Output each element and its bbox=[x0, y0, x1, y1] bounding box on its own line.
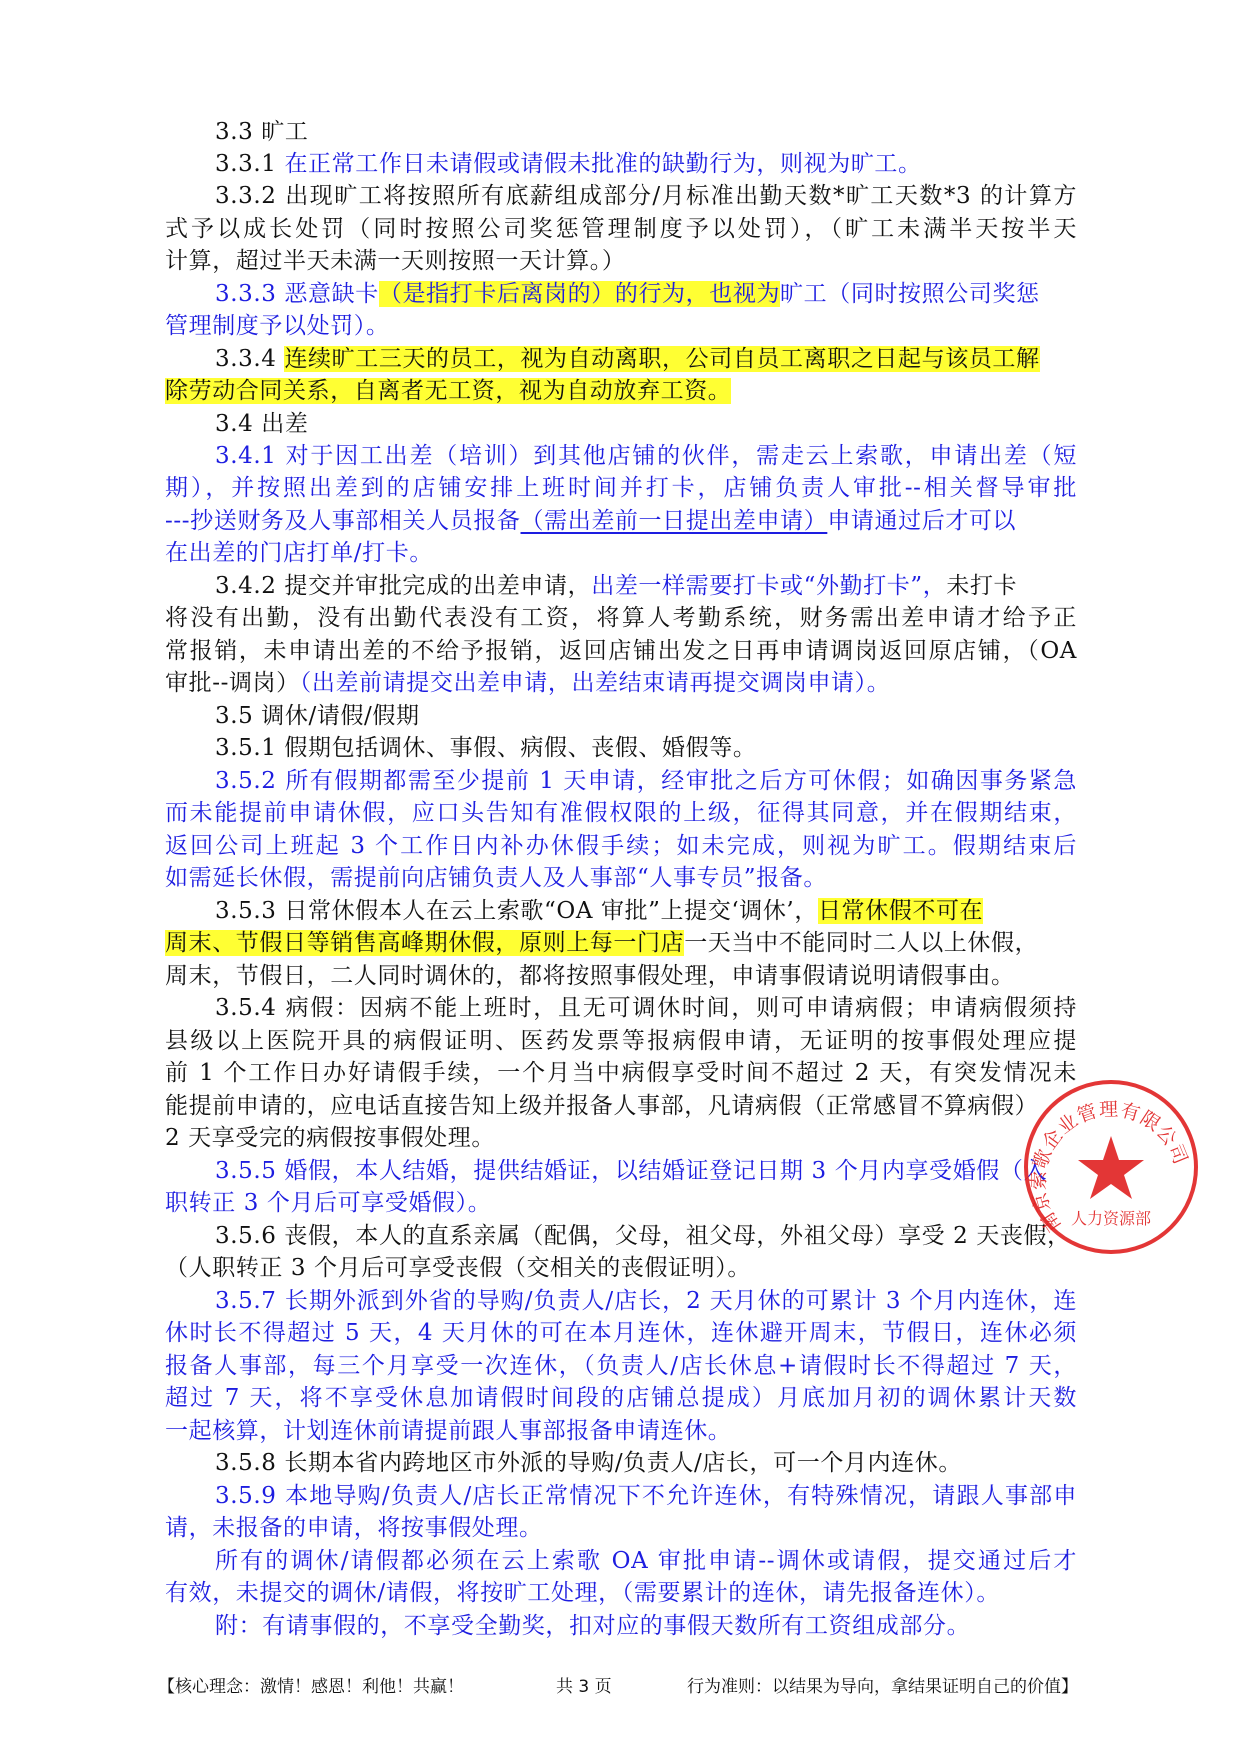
text-segment: 县级以上医院开具的病假证明、医药发票等报病假申请，无证明的按事假处理应提 bbox=[165, 1028, 1077, 1054]
clause-3-5-4-cont: 前 1 个工作日办好请假手续，一个月当中病假享受时间不超过 2 天，有突发情况未 bbox=[165, 1057, 1077, 1089]
clause-3-3-2-cont: 式予以成长处罚（同时按照公司奖惩管理制度予以处罚），（旷工未满半天按半天 bbox=[165, 213, 1077, 245]
text-segment: 3.4.2 提交并审批完成的出差申请， bbox=[215, 573, 591, 599]
seal-icon: 南京索歌企业管理有限公司 人力资源部 bbox=[1022, 1078, 1200, 1256]
star-icon bbox=[1078, 1136, 1144, 1199]
clause-3-3-3: 3.3.3 恶意缺卡（是指打卡后离岗的）的行为，也视为旷工（同时按照公司奖惩 bbox=[215, 278, 1077, 310]
text-segment: 出差一样需要打卡或“外勤打卡”， bbox=[591, 573, 946, 599]
clause-3-5-9: 3.5.9 本地导购/负责人/店长正常情况下不允许连休，有特殊情况，请跟人事部申 bbox=[215, 1480, 1077, 1512]
clause-3-5-9-cont: 请，未报备的申请，将按事假处理。 bbox=[165, 1512, 1077, 1544]
footer-code-of-conduct: 行为准则：以结果为导向，拿结果证明自己的价值】 bbox=[687, 1672, 1078, 1702]
text-segment: 3.5.8 长期本省内跨地区市外派的导购/负责人/店长，可一个月内连休。 bbox=[215, 1450, 962, 1476]
text-segment: 3.5 调休/请假/假期 bbox=[215, 703, 420, 729]
clause-3-4-1-cont: 期），并按照出差到的店铺安排上班时间并打卡，店铺负责人审批--相关督导审批 bbox=[165, 472, 1077, 504]
text-segment: 有效，未提交的调休/请假，将按旷工处理，（需要累计的连休，请先报备连休）。 bbox=[165, 1580, 1000, 1606]
clause-3-5-4-cont: 县级以上医院开具的病假证明、医药发票等报病假申请，无证明的按事假处理应提 bbox=[165, 1025, 1077, 1057]
text-segment: 3.5.1 假期包括调休、事假、病假、丧假、婚假等。 bbox=[215, 735, 756, 761]
clause-3-5-3-cont: 周末、节假日等销售高峰期休假，原则上每一门店一天当中不能同时二人以上休假， bbox=[165, 927, 1077, 959]
clause-3-5-1: 3.5.1 假期包括调休、事假、病假、丧假、婚假等。 bbox=[215, 732, 1077, 764]
text-segment: 3.4.1 对于因工出差（培训）到其他店铺的伙伴，需走云上索歌，申请出差（短 bbox=[215, 443, 1077, 469]
clause-3-5-2-cont: 返回公司上班起 3 个工作日内补办休假手续；如未完成，则视为旷工。假期结束后 bbox=[165, 830, 1077, 862]
page-footer: 【核心理念：激情！感恩！利他！共赢！ 共 3 页 行为准则：以结果为导向，拿结果… bbox=[158, 1672, 1078, 1702]
highlighted-text: 连续旷工三天的员工，视为自动离职，公司自员工离职之日起与该员工解 bbox=[284, 346, 1039, 372]
clause-3-3-1: 3.3.1 在正常工作日未请假或请假未批准的缺勤行为，则视为旷工。 bbox=[215, 148, 1077, 180]
clause-3-5-7-cont: 一起核算，计划连休前请提前跟人事部报备申请连休。 bbox=[165, 1415, 1077, 1447]
clause-3-5-3-cont: 周末，节假日，二人同时调休的，都将按照事假处理，申请事假请说明请假事由。 bbox=[165, 960, 1077, 992]
highlighted-text: （是指打卡后离岗的）的行为，也视为 bbox=[379, 281, 780, 307]
text-segment: ---抄送财务及人事部相关人员报备 bbox=[165, 508, 521, 534]
clause-all-leave-cont: 有效，未提交的调休/请假，将按旷工处理，（需要累计的连休，请先报备连休）。 bbox=[165, 1577, 1077, 1609]
text-segment: 一天当中不能同时二人以上休假， bbox=[684, 930, 1038, 956]
clause-3-5-7-cont: 休时长不得超过 5 天，4 天月休的可在本月连休，连休避开周末，节假日，连休必须 bbox=[165, 1317, 1077, 1349]
text-segment: 未打卡 bbox=[946, 573, 1017, 599]
clause-appendix: 附：有请事假的，不享受全勤奖，扣对应的事假天数所有工资组成部分。 bbox=[215, 1610, 1077, 1642]
company-seal-stamp: 南京索歌企业管理有限公司 人力资源部 bbox=[1022, 1078, 1200, 1256]
text-segment: 2 天享受完的病假按事假处理。 bbox=[165, 1125, 495, 1151]
text-segment: 如需延长休假，需提前向店铺负责人及人事部“人事专员”报备。 bbox=[165, 865, 827, 891]
clause-3-4-2: 3.4.2 提交并审批完成的出差申请，出差一样需要打卡或“外勤打卡”，未打卡 bbox=[215, 570, 1077, 602]
text-segment: 旷工（同时按照公司奖惩 bbox=[780, 281, 1040, 307]
clause-3-5-7: 3.5.7 长期外派到外省的导购/负责人/店长，2 天月休的可累计 3 个月内连… bbox=[215, 1285, 1077, 1317]
footer-page-count: 共 3 页 bbox=[556, 1672, 612, 1702]
clause-3-3-2: 3.3.2 出现旷工将按照所有底薪组成部分/月标准出勤天数*旷工天数*3 的计算… bbox=[215, 180, 1077, 212]
clause-3-4-1-cont: ---抄送财务及人事部相关人员报备（需出差前一日提出差申请）申请通过后才可以 bbox=[165, 505, 1077, 537]
highlighted-text: 周末、节假日等销售高峰期休假，原则上每一门店 bbox=[165, 930, 684, 956]
text-segment: 3.5.5 婚假，本人结婚，提供结婚证，以结婚证登记日期 3 个月内享受婚假（入 bbox=[215, 1158, 1047, 1184]
text-segment: 一起核算，计划连休前请提前跟人事部报备申请连休。 bbox=[165, 1418, 731, 1444]
clause-3-3-4: 3.3.4 连续旷工三天的员工，视为自动离职，公司自员工离职之日起与该员工解 bbox=[215, 343, 1077, 375]
clause-3-5-7-cont: 超过 7 天，将不享受休息加请假时间段的店铺总提成）月底加月初的调休累计天数 bbox=[165, 1382, 1077, 1414]
text-segment: 超过 7 天，将不享受休息加请假时间段的店铺总提成）月底加月初的调休累计天数 bbox=[165, 1385, 1077, 1411]
text-segment: 周末，节假日，二人同时调休的，都将按照事假处理，申请事假请说明请假事由。 bbox=[165, 963, 1015, 989]
text-segment: 返回公司上班起 3 个工作日内补办休假手续；如未完成，则视为旷工。假期结束后 bbox=[165, 833, 1077, 859]
clause-3-5-2-cont: 如需延长休假，需提前向店铺负责人及人事部“人事专员”报备。 bbox=[165, 862, 1077, 894]
text-segment: 在出差的门店打单/打卡。 bbox=[165, 540, 433, 566]
text-segment: 报备人事部，每三个月享受一次连休，（负责人/店长休息+请假时长不得超过 7 天， bbox=[165, 1353, 1077, 1379]
heading-3-3: 3.3 旷工 bbox=[215, 116, 1077, 148]
text-segment: 休时长不得超过 5 天，4 天月休的可在本月连休，连休避开周末，节假日，连休必须 bbox=[165, 1320, 1077, 1346]
text-segment: 前 1 个工作日办好请假手续，一个月当中病假享受时间不超过 2 天，有突发情况未 bbox=[165, 1060, 1077, 1086]
text-segment: 3.3.4 bbox=[215, 346, 284, 372]
underlined-text: （需出差前一日提出差申请） bbox=[521, 508, 828, 534]
text-segment: 而未能提前申请休假，应口头告知有准假权限的上级，征得其同意，并在假期结束， bbox=[165, 800, 1077, 826]
text-segment: 3.5.2 所有假期都需至少提前 1 天申请，经审批之后方可休假；如确因事务紧急 bbox=[215, 768, 1077, 794]
clause-3-3-2-cont: 计算，超过半天未满一天则按照一天计算。） bbox=[165, 245, 1077, 277]
text-segment: 附：有请事假的，不享受全勤奖，扣对应的事假天数所有工资组成部分。 bbox=[215, 1613, 970, 1639]
clause-3-5-4-cont: 2 天享受完的病假按事假处理。 bbox=[165, 1122, 1077, 1154]
document-page: 3.3 旷工 3.3.1 在正常工作日未请假或请假未批准的缺勤行为，则视为旷工。… bbox=[0, 0, 1240, 1753]
clause-3-5-5-cont: 职转正 3 个月后可享受婚假）。 bbox=[165, 1187, 1077, 1219]
svg-text:人力资源部: 人力资源部 bbox=[1071, 1209, 1151, 1228]
clause-3-5-4: 3.5.4 病假：因病不能上班时，且无可调休时间，则可申请病假；申请病假须持 bbox=[215, 992, 1077, 1024]
text-segment: 计算，超过半天未满一天则按照一天计算。） bbox=[165, 248, 626, 274]
text-segment: 职转正 3 个月后可享受婚假）。 bbox=[165, 1190, 491, 1216]
text-segment: 3.5.7 长期外派到外省的导购/负责人/店长，2 天月休的可累计 3 个月内连… bbox=[215, 1288, 1077, 1314]
heading-3-4: 3.4 出差 bbox=[215, 408, 1077, 440]
text-segment: 将没有出勤，没有出勤代表没有工资，将算人考勤系统，财务需出差申请才给予正 bbox=[165, 605, 1077, 631]
clause-3-5-6: 3.5.6 丧假，本人的直系亲属（配偶，父母，祖父母，外祖父母）享受 2 天丧假… bbox=[215, 1220, 1077, 1252]
clause-3-5-7-cont: 报备人事部，每三个月享受一次连休，（负责人/店长休息+请假时长不得超过 7 天， bbox=[165, 1350, 1077, 1382]
text-segment: （人职转正 3 个月后可享受丧假（交相关的丧假证明）。 bbox=[165, 1255, 751, 1281]
text-segment: 3.4 出差 bbox=[215, 411, 309, 437]
clause-3-5-5: 3.5.5 婚假，本人结婚，提供结婚证，以结婚证登记日期 3 个月内享受婚假（入 bbox=[215, 1155, 1077, 1187]
footer-core-philosophy: 【核心理念：激情！感恩！利他！共赢！ bbox=[158, 1672, 464, 1702]
text-segment: 3.3.1 bbox=[215, 151, 284, 177]
clause-3-5-4-cont: 能提前申请的，应电话直接告知上级并报备人事部，凡请病假（正常感冒不算病假） bbox=[165, 1090, 1077, 1122]
highlighted-text: 除劳动合同关系，自离者无工资，视为自动放弃工资。 bbox=[165, 378, 731, 404]
highlighted-text: 日常休假不可在 bbox=[818, 898, 983, 924]
text-segment: 3.3.2 出现旷工将按照所有底薪组成部分/月标准出勤天数*旷工天数*3 的计算… bbox=[215, 183, 1077, 209]
text-segment: 3.3.3 恶意缺卡 bbox=[215, 281, 379, 307]
text-segment: 3.5.4 病假：因病不能上班时，且无可调休时间，则可申请病假；申请病假须持 bbox=[215, 995, 1077, 1021]
text-segment: 期），并按照出差到的店铺安排上班时间并打卡，店铺负责人审批--相关督导审批 bbox=[165, 475, 1077, 501]
text-segment: 能提前申请的，应电话直接告知上级并报备人事部，凡请病假（正常感冒不算病假） bbox=[165, 1093, 1038, 1119]
text-segment: 3.3 旷工 bbox=[215, 119, 309, 145]
clause-3-5-8: 3.5.8 长期本省内跨地区市外派的导购/负责人/店长，可一个月内连休。 bbox=[215, 1447, 1077, 1479]
text-segment: 管理制度予以处罚）。 bbox=[165, 313, 390, 339]
clause-3-4-1: 3.4.1 对于因工出差（培训）到其他店铺的伙伴，需走云上索歌，申请出差（短 bbox=[215, 440, 1077, 472]
clause-3-5-3: 3.5.3 日常休假本人在云上索歌“OA 审批”上提交‘调休’，日常休假不可在 bbox=[215, 895, 1077, 927]
text-segment: 3.5.3 日常休假本人在云上索歌“OA 审批”上提交‘调休’， bbox=[215, 898, 818, 924]
clause-3-3-3-cont: 管理制度予以处罚）。 bbox=[165, 310, 1077, 342]
clause-3-4-2-cont: 常报销，未申请出差的不给予报销，返回店铺出发之日再申请调岗返回原店铺，（OA bbox=[165, 635, 1077, 667]
clause-3-4-2-cont: 将没有出勤，没有出勤代表没有工资，将算人考勤系统，财务需出差申请才给予正 bbox=[165, 602, 1077, 634]
clause-3-5-2: 3.5.2 所有假期都需至少提前 1 天申请，经审批之后方可休假；如确因事务紧急 bbox=[215, 765, 1077, 797]
text-segment: 申请通过后才可以 bbox=[827, 508, 1016, 534]
text-segment: 3.5.6 丧假，本人的直系亲属（配偶，父母，祖父母，外祖父母）享受 2 天丧假… bbox=[215, 1223, 1071, 1249]
text-segment: 常报销，未申请出差的不给予报销，返回店铺出发之日再申请调岗返回原店铺，（OA bbox=[165, 638, 1077, 664]
text-segment: 在正常工作日未请假或请假未批准的缺勤行为，则视为旷工。 bbox=[284, 151, 921, 177]
text-segment: 审批--调岗） bbox=[165, 670, 300, 696]
clause-all-leave: 所有的调休/请假都必须在云上索歌 OA 审批申请--调休或请假，提交通过后才 bbox=[215, 1545, 1077, 1577]
clause-3-3-4-cont: 除劳动合同关系，自离者无工资，视为自动放弃工资。 bbox=[165, 375, 1077, 407]
heading-3-5: 3.5 调休/请假/假期 bbox=[215, 700, 1077, 732]
clause-3-4-2-cont: 审批--调岗）（出差前请提交出差申请，出差结束请再提交调岗申请）。 bbox=[165, 667, 1077, 699]
text-segment: 所有的调休/请假都必须在云上索歌 OA 审批申请--调休或请假，提交通过后才 bbox=[215, 1548, 1077, 1574]
clause-3-5-2-cont: 而未能提前申请休假，应口头告知有准假权限的上级，征得其同意，并在假期结束， bbox=[165, 797, 1077, 829]
clause-3-5-6-cont: （人职转正 3 个月后可享受丧假（交相关的丧假证明）。 bbox=[165, 1252, 1077, 1284]
text-segment: 请，未报备的申请，将按事假处理。 bbox=[165, 1515, 543, 1541]
text-segment: （出差前请提交出差申请，出差结束请再提交调岗申请）。 bbox=[300, 670, 891, 696]
text-segment: 式予以成长处罚（同时按照公司奖惩管理制度予以处罚），（旷工未满半天按半天 bbox=[165, 216, 1077, 242]
clause-3-4-1-cont: 在出差的门店打单/打卡。 bbox=[165, 537, 1077, 569]
text-segment: 3.5.9 本地导购/负责人/店长正常情况下不允许连休，有特殊情况，请跟人事部申 bbox=[215, 1483, 1077, 1509]
